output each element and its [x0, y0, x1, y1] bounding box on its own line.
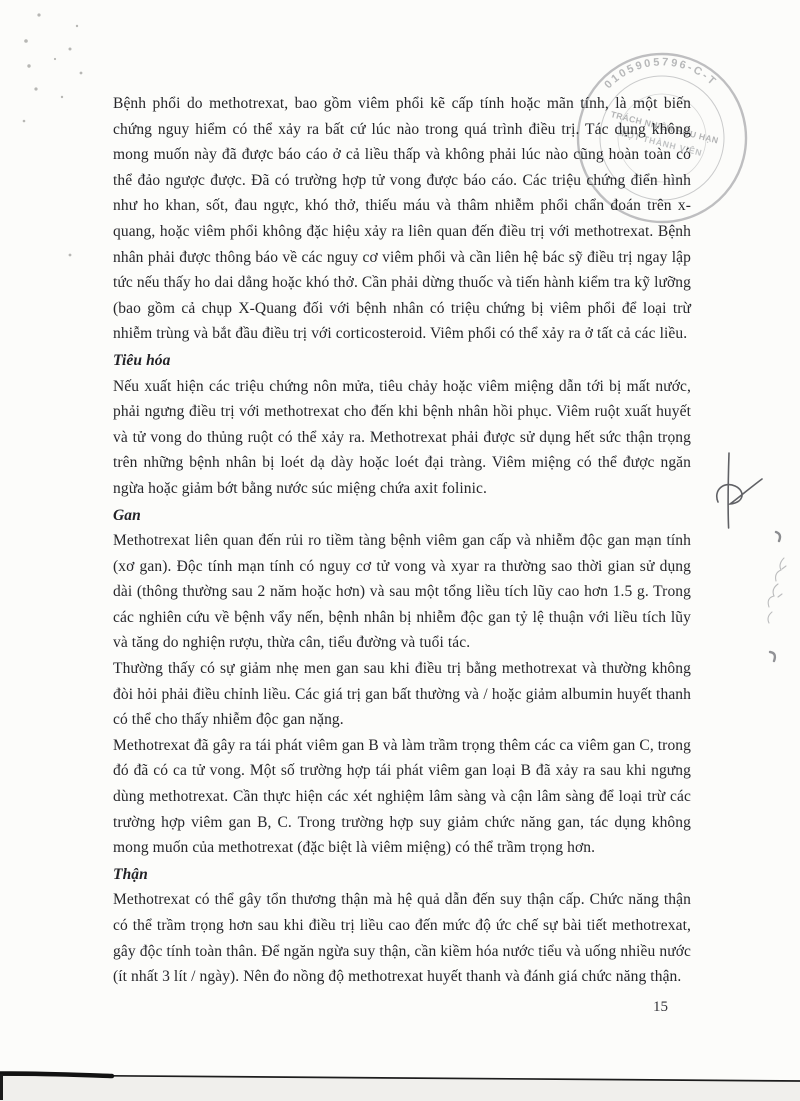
scan-border-left-blob: [0, 1073, 112, 1076]
document-body: Bệnh phổi do methotrexat, bao gồm viêm p…: [113, 91, 691, 990]
section-heading: Tiêu hóa: [113, 348, 691, 374]
paragraph: Methotrexat đã gây ra tái phát viêm gan …: [113, 733, 691, 861]
section-heading: Gan: [113, 503, 691, 529]
scan-bottom-border: [0, 1058, 800, 1101]
page-number: 15: [653, 999, 668, 1016]
paragraph: Bệnh phổi do methotrexat, bao gồm viêm p…: [113, 91, 691, 347]
scanned-page: Bệnh phổi do methotrexat, bao gồm viêm p…: [0, 0, 800, 1101]
paragraph: Nếu xuất hiện các triệu chứng nôn mửa, t…: [113, 374, 691, 502]
scan-border-left-edge: [0, 1074, 3, 1100]
paragraph: Methotrexat liên quan đến rủi ro tiềm tà…: [113, 528, 691, 656]
margin-note-handwriting: [758, 520, 800, 680]
scan-border-shadow: [0, 1076, 800, 1101]
paragraph: Thường thấy có sự giảm nhẹ men gan sau k…: [113, 656, 691, 733]
paragraph: Methotrexat có thể gây tổn thương thận m…: [113, 887, 691, 989]
section-heading: Thận: [113, 862, 691, 888]
scan-border-line: [0, 1075, 800, 1081]
signature-mark: [700, 440, 800, 560]
